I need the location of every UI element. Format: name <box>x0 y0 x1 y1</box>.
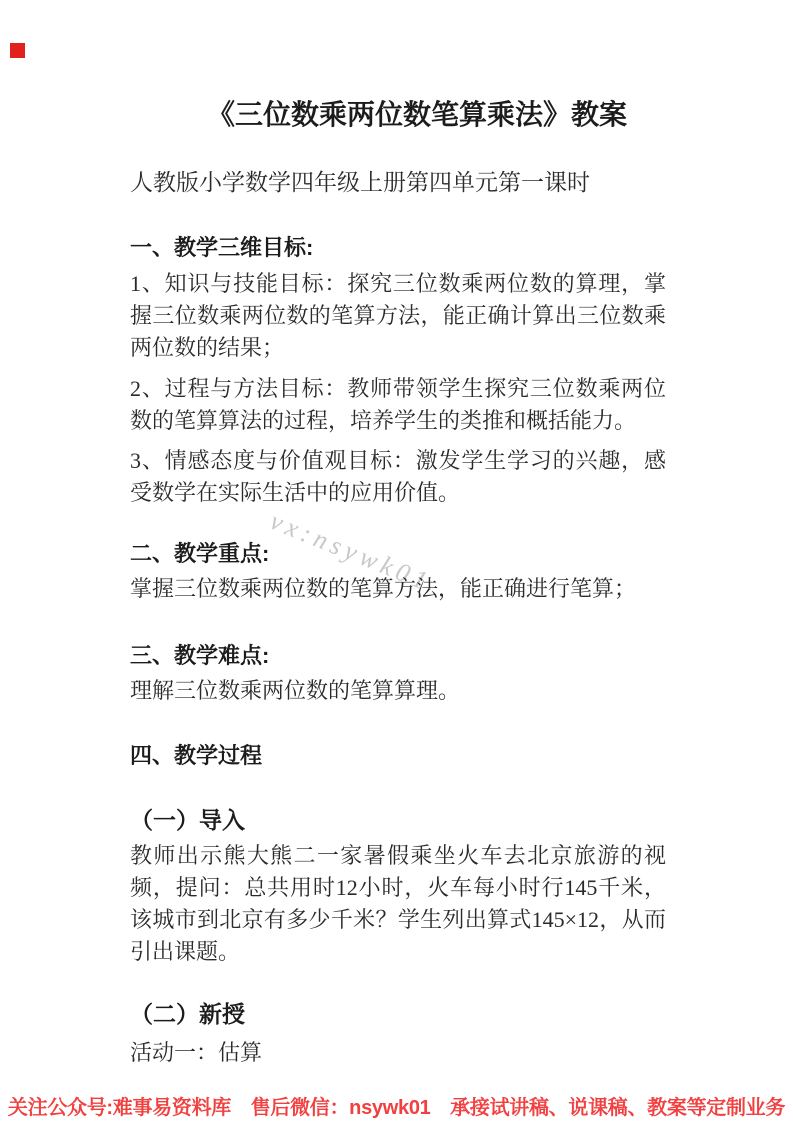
paragraph-activity-one: 活动一：估算 <box>130 1037 666 1069</box>
promo-footer-text: 关注公众号:难事易资料库 售后微信：nsywk01 承接试讲稿、说课稿、教案等定… <box>0 1091 793 1120</box>
section-heading-objectives: 一、教学三维目标: <box>130 233 666 263</box>
paragraph-process-objective: 2、过程与方法目标：教师带领学生探究三位数乘两位数的笔算算法的过程，培养学生的类… <box>130 373 666 437</box>
page-subtitle: 人教版小学数学四年级上册第四单元第一课时 <box>130 167 666 197</box>
paragraph-difficulties: 理解三位数乘两位数的笔算算理。 <box>130 675 666 707</box>
subsection-heading-intro: （一）导入 <box>130 804 666 836</box>
paragraph-emotion-objective: 3、情感态度与价值观目标：激发学生学习的兴趣，感受数学在实际生活中的应用价值。 <box>130 445 666 509</box>
section-heading-key-points: 二、教学重点: <box>130 539 666 569</box>
document-content: 《三位数乘两位数笔算乘法》教案 人教版小学数学四年级上册第四单元第一课时 一、教… <box>130 0 666 1069</box>
page-title: 《三位数乘两位数笔算乘法》教案 <box>207 96 666 134</box>
paragraph-knowledge-objective: 1、知识与技能目标：探究三位数乘两位数的算理，掌握三位数乘两位数的笔算方法，能正… <box>130 268 666 364</box>
red-corner-marker <box>10 43 25 58</box>
paragraph-intro: 教师出示熊大熊二一家暑假乘坐火车去北京旅游的视频，提问：总共用时12小时，火车每… <box>130 840 666 968</box>
paragraph-key-points: 掌握三位数乘两位数的笔算方法，能正确进行笔算； <box>130 573 666 605</box>
document-page: vx:nsywk01 《三位数乘两位数笔算乘法》教案 人教版小学数学四年级上册第… <box>0 0 793 1122</box>
section-heading-process: 四、教学过程 <box>130 741 666 771</box>
subsection-heading-new-lesson: （二）新授 <box>130 998 666 1030</box>
section-heading-difficulties: 三、教学难点: <box>130 641 666 671</box>
